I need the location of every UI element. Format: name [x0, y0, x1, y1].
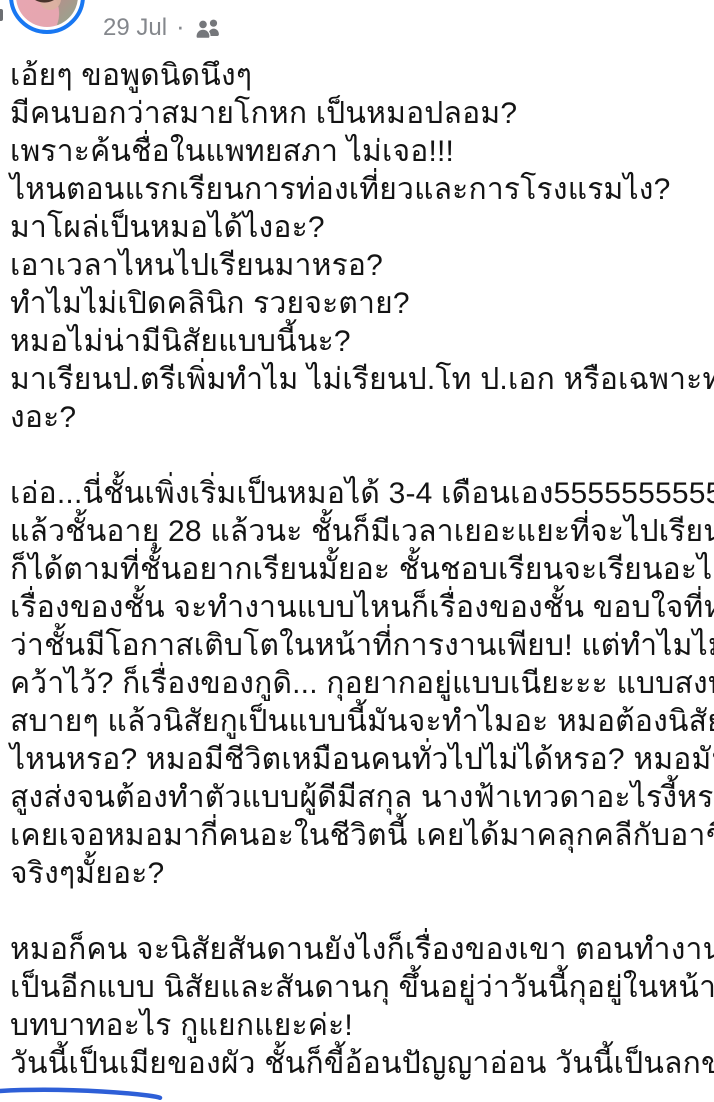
- post-text-line: เคยเจอหมอมากี่คนอะในชีวิตนี้ เคยได้มาคลุ…: [10, 817, 714, 855]
- post-text-line: งอะ?: [10, 399, 714, 437]
- post-text-line: ก็ได้ตามที่ชั้นอยากเรียนมั้ยอะ ชั้นชอบเร…: [10, 551, 714, 589]
- post-text-line: มีคนบอกว่าสมายโกหก เป็นหมอปลอม?: [10, 95, 714, 133]
- post-text-line-blank: [10, 893, 714, 931]
- post-text-line: ทำไมไม่เปิดคลินิก รวยจะตาย?: [10, 285, 714, 323]
- post-text-line: สบายๆ แล้วนิสัยกูเป็นแบบนี้มันจะทำไมอะ ห…: [10, 703, 714, 741]
- post-text-line: สูงส่งจนต้องทำตัวแบบผู้ดีมีสกุล นางฟ้าเท…: [10, 779, 714, 817]
- post-text-line: วันนี้เป็นเมียของผัว ชั้นก็ขี้อ้อนปัญญาอ…: [10, 1045, 714, 1083]
- post-text-line: เอาเวลาไหนไปเรียนมาหรอ?: [10, 247, 714, 285]
- post-meta: 29 Jul ·: [103, 11, 222, 45]
- avatar[interactable]: [9, 0, 85, 34]
- blue-underline-annotation: [0, 1084, 178, 1102]
- post-text-line: แล้วชั้นอายุ 28 แล้วนะ ชั้นก็มีเวลาเยอะแ…: [10, 513, 714, 551]
- post-text-line: เรื่องของชั้น จะทำงานแบบไหนก็เรื่องของชั…: [10, 589, 714, 627]
- profile-photo: [16, 0, 78, 27]
- meta-separator: ·: [176, 13, 185, 39]
- post-text: เอ้ยๆ ขอพูดนิดนึงๆ มีคนบอกว่าสมายโกหก เป…: [10, 57, 714, 1083]
- post-text-line: เพราะค้นชื่อในแพทยสภา ไม่เจอ!!!: [10, 133, 714, 171]
- post-text-line: เอ่อ...นี่ชั้นเพิ่งเริ่มเป็นหมอได้ 3-4 เ…: [10, 475, 714, 513]
- screenshot-edge-artifact: [0, 9, 3, 21]
- post-text-line: ไหนตอนแรกเรียนการท่องเที่ยวและการโรงแรมไ…: [10, 171, 714, 209]
- post-date[interactable]: 29 Jul: [103, 14, 167, 42]
- post-text-line: มาโผล่เป็นหมอได้ไงอะ?: [10, 209, 714, 247]
- facebook-post-screenshot: { "post": { "meta": { "date": "29 Jul", …: [0, 0, 714, 1102]
- post-text-line: คว้าไว้? ก็เรื่องของกูดิ... กุอยากอยู่แบ…: [10, 665, 714, 703]
- post-text-line: เอ้ยๆ ขอพูดนิดนึงๆ: [10, 57, 714, 95]
- post-text-line: เป็นอีกแบบ นิสัยและสันดานกุ ขึ้นอยู่ว่าว…: [10, 969, 714, 1007]
- friends-privacy-icon: [194, 18, 222, 39]
- post-text-line: บทบาทอะไร กูแยกแยะค่ะ!: [10, 1007, 714, 1045]
- post-text-line: ว่าชั้นมีโอกาสเติบโตในหน้าที่การงานเพียบ…: [10, 627, 714, 665]
- post-text-line: หมอก็คน จะนิสัยสันดานยังไงก็เรื่องของเขา…: [10, 931, 714, 969]
- post-text-line: ไหนหรอ? หมอมีชีวิตเหมือนคนทั่วไปไม่ได้หร…: [10, 741, 714, 779]
- post-text-line: มาเรียนป.ตรีเพิ่มทำไม ไม่เรียนป.โท ป.เอก…: [10, 361, 714, 399]
- post-text-line: จริงๆมั้ยอะ?: [10, 855, 714, 893]
- post-text-line: หมอไม่น่ามีนิสัยแบบนี้นะ?: [10, 323, 714, 361]
- post-text-line-blank: [10, 437, 714, 475]
